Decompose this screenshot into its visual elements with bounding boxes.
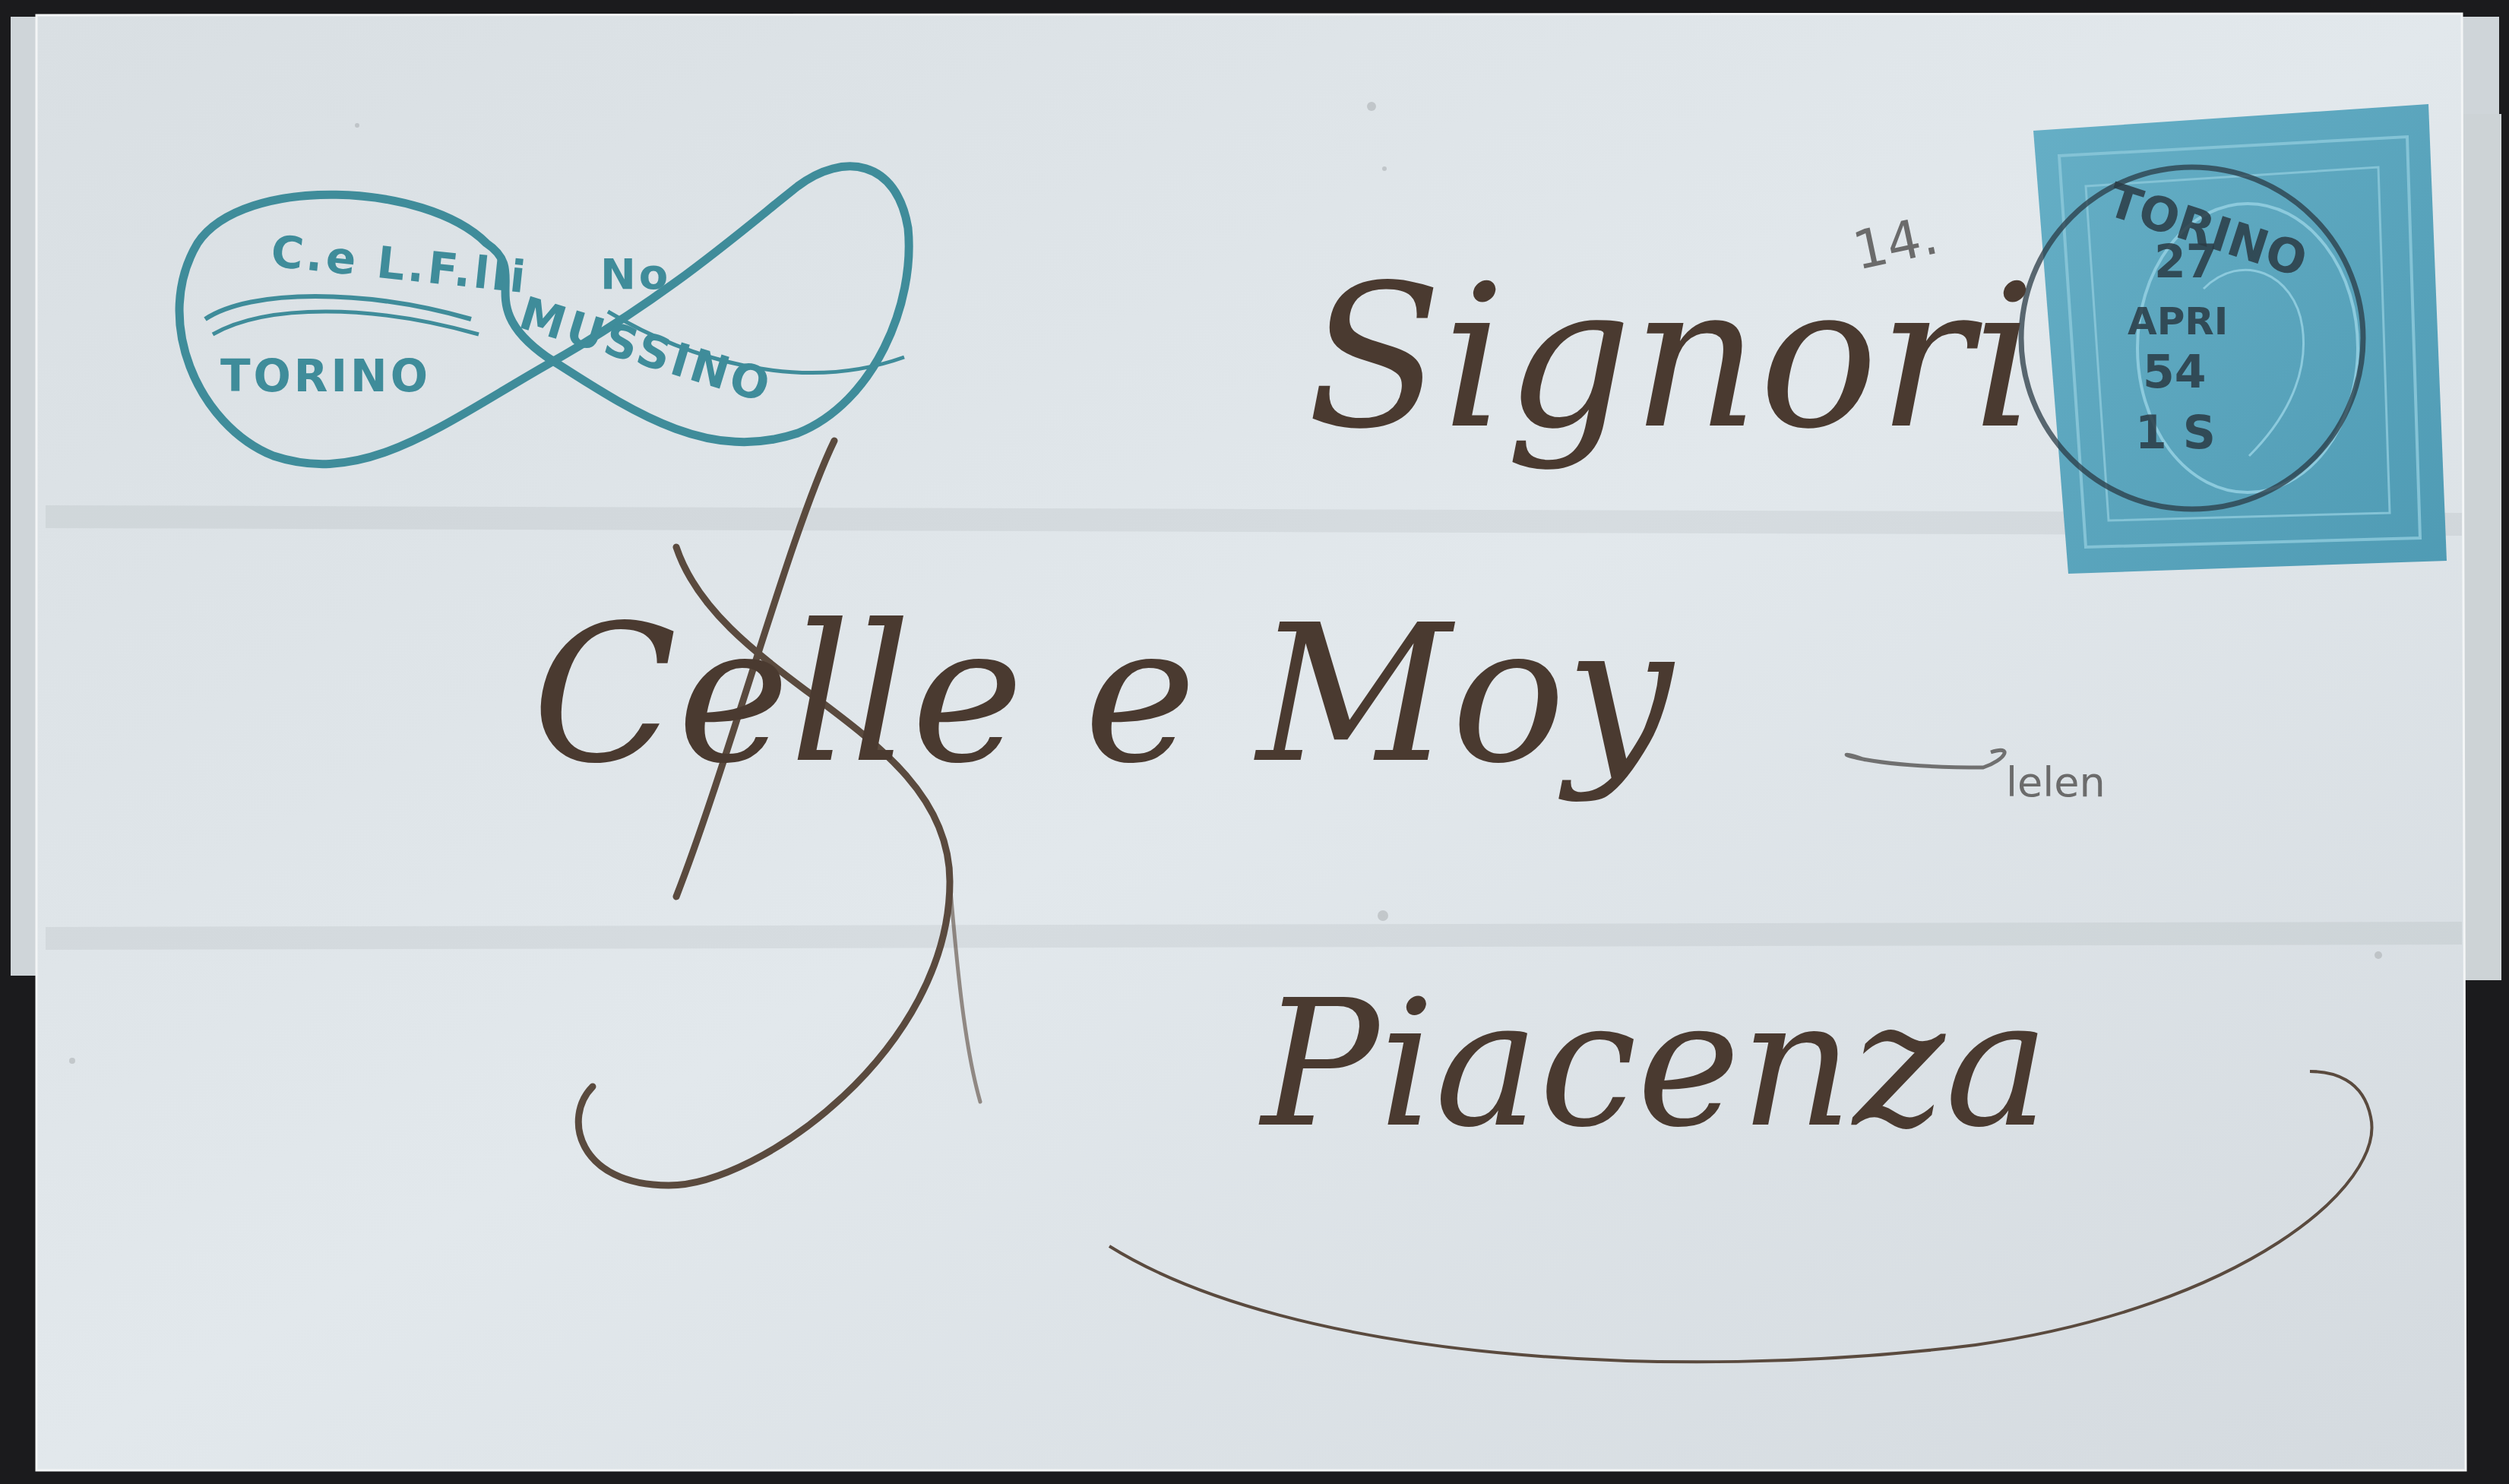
postal-cover: C.e L.F.lli No TORINO MUSSINO TORINO 27 … [0,0,2509,1484]
postmark-time: 1 S [2135,407,2216,460]
address-city: Piacenza [1258,963,2049,1166]
address-salutation: Signori [1307,243,2036,473]
pencil-note-right: lelen [2006,758,2106,806]
handstamp-city: TORINO [220,350,431,402]
postmark-year: 54 [2143,346,2207,399]
address-name: Celle e Moy [532,584,1675,805]
postmark-day: 27 [2154,236,2218,289]
cover-artwork: C.e L.F.lli No TORINO MUSSINO TORINO 27 … [0,0,2509,1484]
postmark-month: APRI [2128,299,2228,343]
handstamp-number-label: No [600,250,671,299]
